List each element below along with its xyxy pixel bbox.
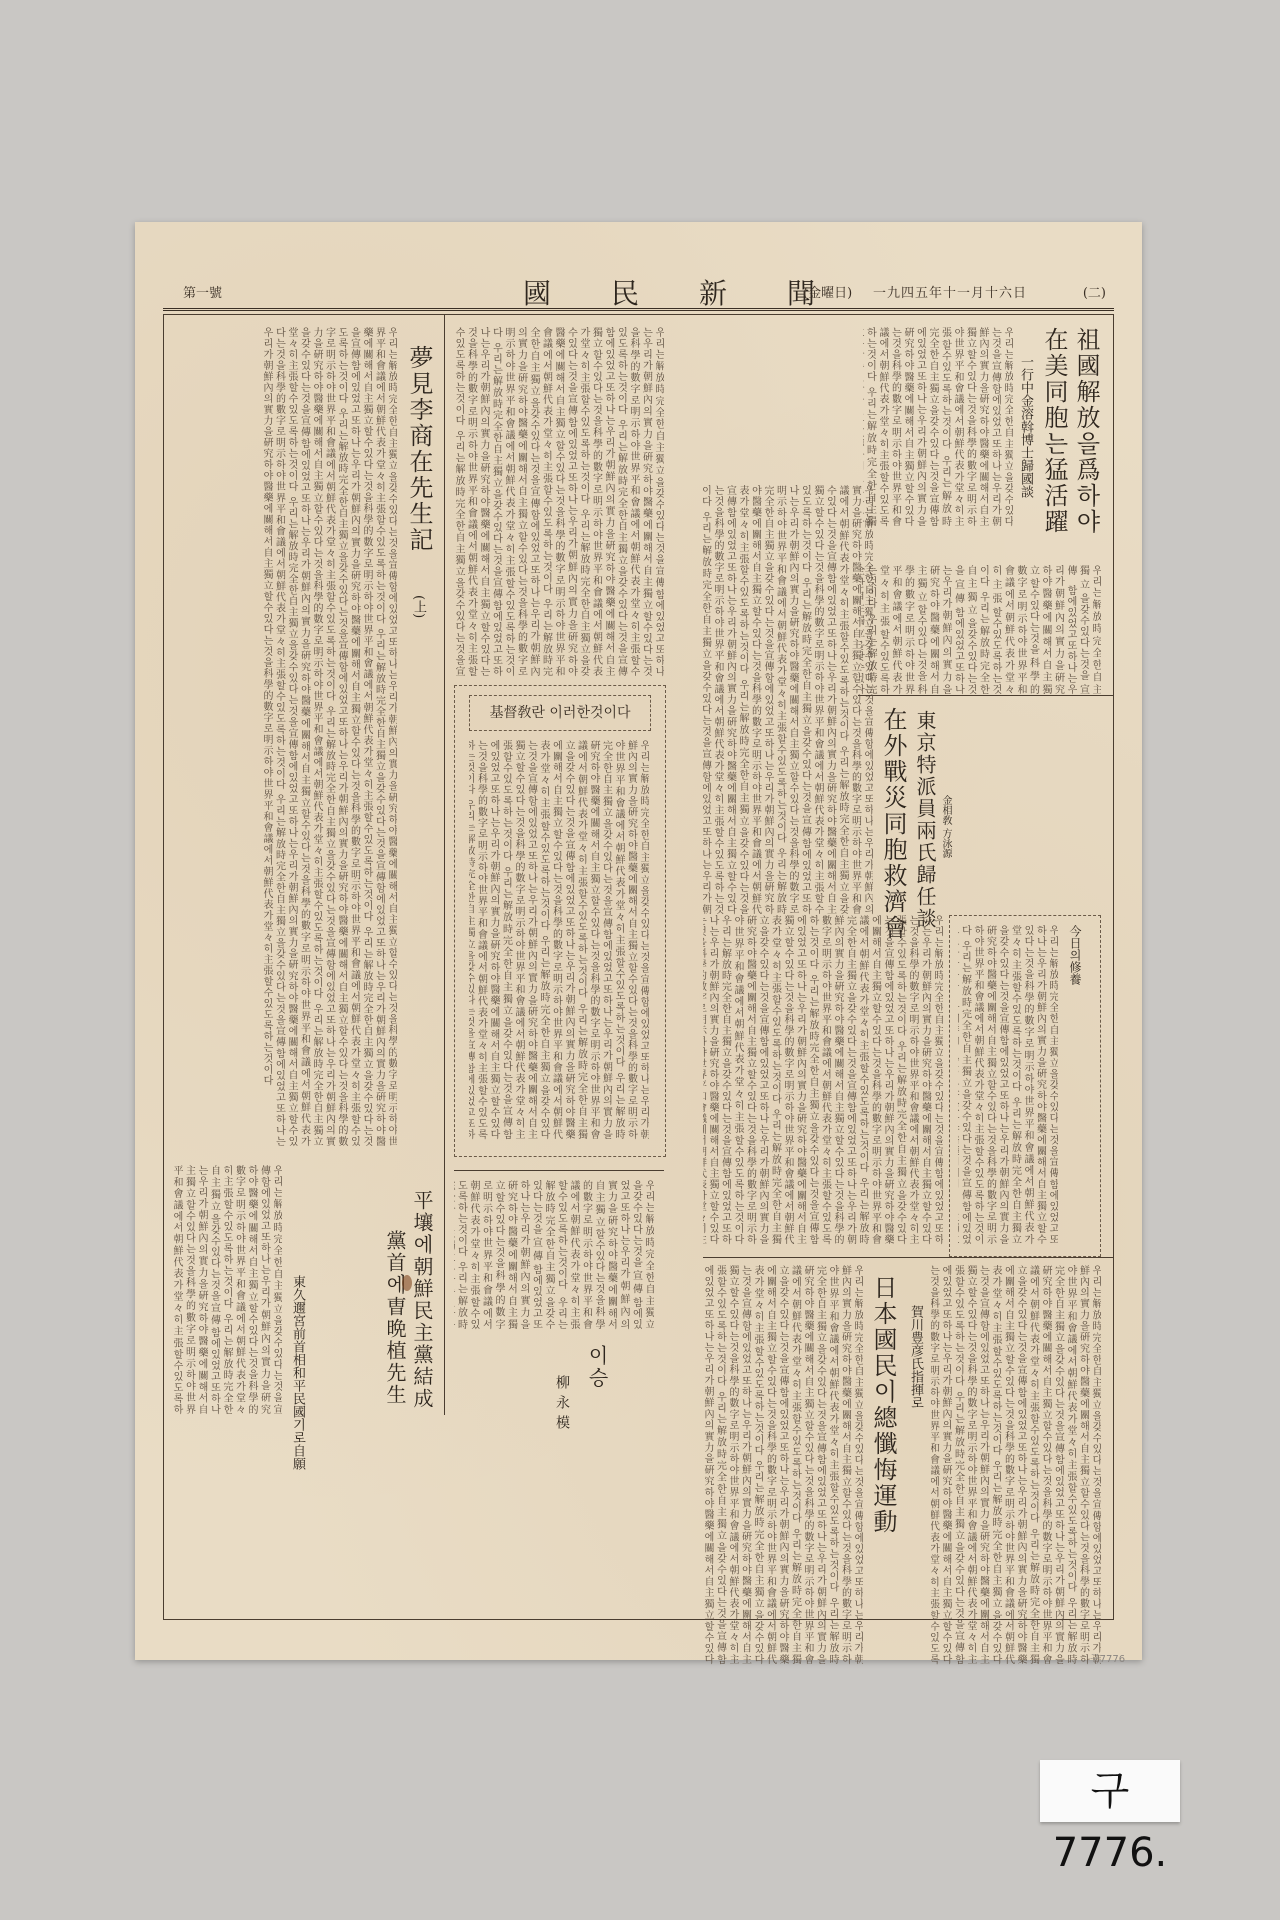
catalog-label: 구7776.	[1040, 1760, 1180, 1822]
relief-headline: 在外戰災同胞救濟會	[878, 707, 908, 941]
christianity-body: 우리는解放時完全한自主獨立을갖수있다는것을宣傳함에있었고또하나는우리가朝鮮內의實…	[469, 740, 649, 1140]
page-number: (二)	[1083, 282, 1106, 301]
poem-title: 이승	[584, 1345, 610, 1389]
ink-stain	[402, 1275, 412, 1291]
japan-headline: 日本國民이總懺悔運動	[868, 1275, 898, 1535]
pyongyang-headline: 平壤에朝鮮民主黨結成	[409, 1190, 435, 1410]
column-rule	[1113, 315, 1114, 785]
poem-body: 우리는解放時完全한自主獨立을갖수있다는것을宣傳함에있었고또하나는우리가朝鮮內의實…	[454, 1180, 654, 1330]
japan-subheadline: 賀川豊彦氏指揮로	[907, 1305, 923, 1409]
masthead: 第一號 國民新聞 (金曜日) 一九四五年十一月十六日 (二)	[163, 272, 1114, 311]
content-frame: 祖國解放을爲하야 在美同胞는猛活躍 一行中金溶斡博士歸國談 우리는解放時完全한自…	[163, 314, 1114, 1620]
higashikuni-headline: 東久邇宮前首相和平民國기로自願	[289, 1275, 305, 1470]
relief-subheadline: 東京特派員	[912, 710, 938, 820]
column-body: 우리는解放時完全한自主獨立을갖수있다는것을宣傳함에있었고또하나는우리가朝鮮內의實…	[958, 925, 1058, 1245]
lead-kicker: 一行中金溶斡博士歸國談	[1017, 355, 1033, 498]
relief-names: 金相敎 方泳源	[937, 795, 953, 858]
relief-body: 우리는解放時完全한自主獨立을갖수있다는것을宣傳함에있었고또하나는우리가朝鮮內의實…	[703, 485, 873, 915]
newspaper-page: 第一號 國民新聞 (金曜日) 一九四五年十一月十六日 (二) 祖國解放을爲하야 …	[135, 222, 1142, 1660]
lead-body-2: 우리는解放時完全한自主獨立을갖수있다는것을宣傳함에있었고또하나는우리가朝鮮內의實…	[861, 565, 1101, 695]
memoir-headline: 夢見李商在先生記	[404, 345, 434, 553]
pyongyang-body: 우리는解放時完全한自主獨立을갖수있다는것을宣傳함에있었고또하나는우리가朝鮮內의實…	[172, 1165, 282, 1415]
lead-body: 우리는解放時完全한自主獨立을갖수있다는것을宣傳함에있었고또하나는우리가朝鮮內의實…	[863, 327, 1013, 527]
section-rule	[454, 1170, 664, 1171]
relief-body-2: 우리는解放時完全한自主獨立을갖수있다는것을宣傳함에있었고또하나는우리가朝鮮內의實…	[703, 915, 943, 1245]
section-rule	[858, 695, 1113, 696]
poem-author: 柳永模	[554, 1375, 570, 1435]
pencil-note: 구7776	[1090, 1650, 1125, 1665]
column-rule	[444, 315, 445, 1415]
pyongyang-subheadline: 黨首에曺晩植先生	[382, 1230, 408, 1406]
japan-body-2: 우리는解放時完全한自主獨立을갖수있다는것을宣傳함에있었고또하나는우리가朝鮮內의實…	[703, 1265, 863, 1665]
lead-headline: 祖國解放을爲하야	[1071, 327, 1101, 535]
relief-kicker: 兩氏歸任談	[912, 820, 938, 930]
lead-subheadline: 在美同胞는猛活躍	[1039, 327, 1069, 535]
center-body: 우리는解放時完全한自主獨立을갖수있다는것을宣傳함에있었고또하나는우리가朝鮮內의實…	[454, 327, 664, 677]
column-title: 今日의修養	[1067, 925, 1083, 985]
japan-body: 우리는解放時完全한自主獨立을갖수있다는것을宣傳함에있었고또하나는우리가朝鮮內의實…	[931, 1265, 1101, 1665]
christianity-title: 基督敎란 이러한것이다	[469, 695, 651, 731]
memoir-part: (上)	[410, 595, 426, 618]
issue-number: 第一號	[183, 282, 222, 301]
publication-date: 一九四五年十一月十六日	[873, 282, 1027, 301]
weekday: (金曜日)	[803, 282, 852, 301]
section-rule	[703, 1257, 1113, 1258]
memoir-body: 우리는解放時完全한自主獨立을갖수있다는것을宣傳함에있었고또하나는우리가朝鮮內의實…	[172, 327, 397, 1147]
